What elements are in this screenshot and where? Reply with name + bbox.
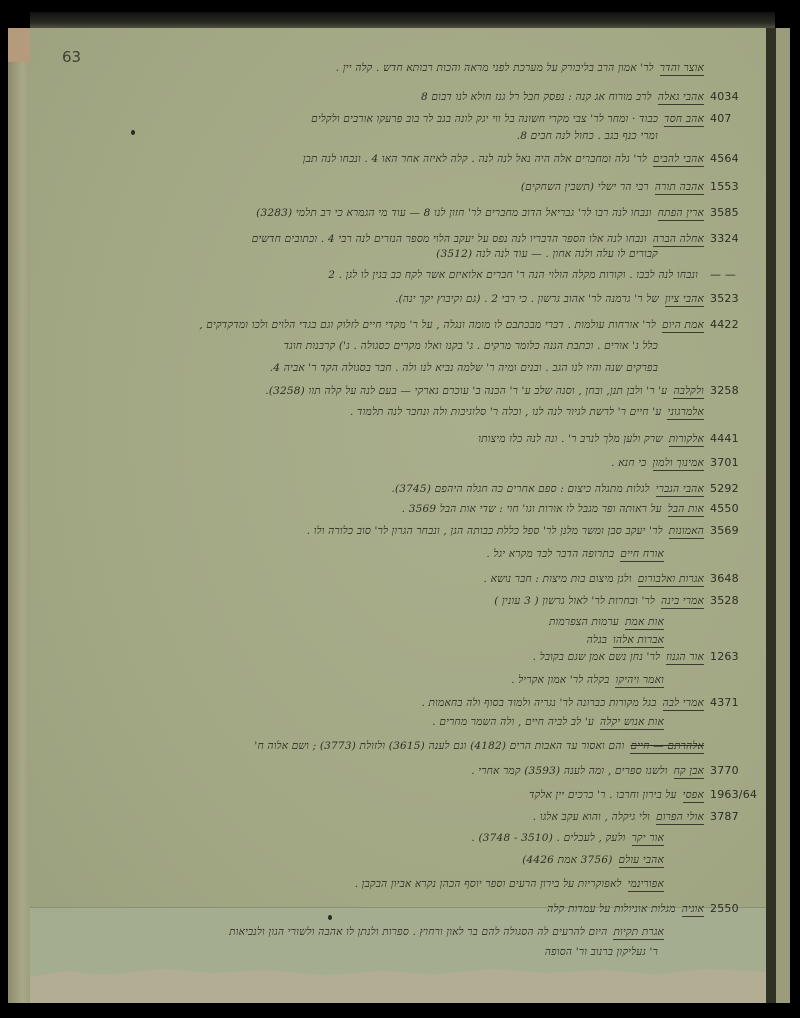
entry-text: ונבחו לנה לבבו . וקורות מקלה הולוי הנה ר…: [328, 269, 698, 281]
entry-title: ואמר ויהיקו: [615, 674, 664, 688]
manuscript-entry: אפורינמילאפוקריות על בירון הרעים וספר יו…: [355, 878, 708, 890]
entry-reference-number: 4034: [710, 90, 748, 103]
manuscript-entry: אות אמתערמות הצפרמות: [549, 616, 708, 628]
entry-title: אהבה תורה: [655, 181, 704, 195]
entry-reference-number: 4371: [710, 696, 748, 709]
manuscript-entry: כלל ג' אורים . וכתבת הגנה כלומר מרקים . …: [284, 340, 708, 352]
entry-title: אלקורות: [669, 433, 704, 447]
entry-reference-number: 4441: [710, 432, 748, 445]
manuscript-entry: 4564אהבי להביםלר' גלה ומחברים אלה היה נא…: [303, 152, 748, 165]
entry-title: אות אמת: [625, 616, 664, 630]
manuscript-entry: קבורים לו עלה ולנה אחון . — עוד לנה לנה …: [436, 248, 708, 260]
entry-reference-number: 407: [710, 112, 748, 125]
entry-text: כי חנא .: [611, 457, 646, 469]
entry-reference-number: 1553: [710, 180, 748, 193]
entry-title: אלמרגוני: [667, 406, 704, 420]
manuscript-entry: 4034אהבי גאלהלרב מורוח אג קנה : נפסק חבל…: [421, 90, 748, 103]
entry-text: ע' לב לביה חיים , ולה השמר מחרים .: [432, 716, 594, 728]
entry-title: אוגיה: [682, 903, 704, 917]
entry-title: אהבי עולם: [619, 854, 665, 868]
manuscript-entry: 3787אולי הפרוםולי גיקלה , והוא עקב אלגו …: [533, 810, 748, 823]
manuscript-entry: אורח חייםבתרופה הדבר לבד מקרא יגל .: [486, 548, 708, 560]
entry-reference-number: 4422: [710, 318, 748, 331]
manuscript-entry: 3258ולקלבהע' ר' ולבן תנן, ובחן , וסנה של…: [265, 384, 748, 397]
entry-text: בפרקים שנה והיו לנו הגב . ובנים ומיה ר' …: [270, 362, 658, 374]
entry-reference-number: 3648: [710, 572, 748, 585]
entry-text: רבי הר ישלי (תשבין השחקים): [521, 181, 649, 193]
manuscript-entry: אברות אלהובגלה: [587, 634, 708, 646]
manuscript-entry: 3523אהבי ציוןשל ר' גרמנה לר' אהוב גרשון …: [395, 292, 748, 305]
manuscript-entry: 407אהב חסדכבוד · ומחר לר' צבי מקרי חשונה…: [311, 112, 748, 125]
entry-title: אות אנוש יקלה: [600, 716, 664, 730]
manuscript-entry: אור יקרולעק , לעכלים . (3510 - 3748) .: [471, 832, 708, 844]
entry-text: ר' געליקון ברנוב ור' הסופה: [545, 946, 658, 958]
entry-text: ולעק , לעכלים . (3510 - 3748) .: [471, 832, 625, 844]
page-gutter-shadow: [766, 28, 776, 1003]
entry-reference-number: 3324: [710, 232, 748, 245]
entry-title: אהבי להבים: [653, 153, 704, 167]
entry-title: אגרות ואלבורום: [638, 573, 704, 587]
right-page-edge: [776, 28, 790, 1003]
manuscript-entry: 4441אלקורותשרק ולען מלך לנרב ר' . ונה לנ…: [478, 432, 748, 445]
entry-reference-number: 4564: [710, 152, 748, 165]
entry-text: בקלה לר' אמון אקריל .: [511, 674, 609, 686]
entry-text: לרב מורוח אג קנה : נפסק חבל רל גנז חולא …: [421, 91, 652, 103]
entry-text: ולגן מיצום בות מיצות : חבר נושא .: [484, 573, 632, 585]
left-binding-edge: [8, 28, 32, 1003]
manuscript-entry: אהבי עולם(3756 אמת 4426): [522, 854, 708, 866]
ink-spot: [328, 915, 332, 920]
entry-reference-number: 1263: [710, 650, 748, 663]
entry-text: ונבחו לנה אלו הספר הדבריו לנה נפס על יעק…: [252, 233, 647, 245]
entry-reference-number: 3528: [710, 594, 748, 607]
entry-title: אהב חסד: [664, 113, 704, 127]
entry-text: לר' אורחות עולמות . דברי מבכתבם לו מומה …: [199, 319, 656, 331]
ink-spot: [131, 130, 135, 135]
entry-text: ולי גיקלה , והוא עקב אלגו .: [533, 811, 650, 823]
entry-title: אות הבל: [668, 503, 704, 517]
entry-title: אורח חיים: [620, 548, 664, 562]
entry-text: לר' יעקב סבן ומשר מלנן לר' ספל כללת כבות…: [307, 525, 663, 537]
manuscript-entry: ואמר ויהיקובקלה לר' אמון אקריל .: [511, 674, 708, 686]
entry-text: כבוד · ומחר לר' צבי מקרי חשונה בל ווי יג…: [311, 113, 658, 125]
entry-text: על ראותה ופר מגבל לו אורות וגו' חוי : שד…: [402, 503, 662, 515]
entry-reference-number: 3258: [710, 384, 748, 397]
entry-title: אור יקר: [632, 832, 664, 846]
manuscript-entry: 1963/64אפסיעל בירון וחרבו . ר' כרכים יין…: [529, 788, 748, 801]
entry-text: היום להרעים לה הסגולה להם בר לאון ורחוץ …: [229, 926, 607, 938]
entry-text: של ר' גרמנה לר' אהוב גרשון . כי רבי 2 . …: [395, 293, 659, 305]
entry-text: לגלות מתגלה כיצום : ספם אחרים כה חגלה הי…: [391, 483, 649, 495]
entry-title: אהבי הגברי: [656, 483, 704, 497]
entry-title: ארין הפתח: [658, 207, 704, 221]
manuscript-entry: 1263אור הגנוזלר' נחן נשם אמן שגם בקובל .: [533, 650, 748, 663]
entry-text: (3756 אמת 4426): [522, 854, 612, 866]
manuscript-entry: 2550אוגיהמגלות אוניולות על עמדות קלה: [547, 902, 748, 915]
entry-title: אוצר והדר: [660, 62, 704, 76]
entry-reference-number: 3701: [710, 456, 748, 469]
entry-text: על בירון וחרבו . ר' כרכים יין אלקד: [529, 789, 677, 801]
manuscript-entry: אלמרגוניע' חיים ר' לרשת לגיור לנה לנו , …: [350, 406, 748, 418]
entry-title: אור הגנוז: [666, 651, 704, 665]
entry-title: אבן קח: [674, 765, 704, 779]
manuscript-entry: — —ונבחו לנה לבבו . וקורות מקלה הולוי הנ…: [328, 268, 748, 281]
entry-reference-number: 4550: [710, 502, 748, 515]
entry-text: לאפוקריות על בירון הרעים וספר יוסף הכהן …: [355, 878, 622, 890]
entry-title: אולי הפרום: [656, 811, 704, 825]
entry-title: אהבי גאלה: [658, 91, 704, 105]
entry-text: בגלה: [587, 634, 607, 646]
page-number: 63: [62, 48, 81, 66]
manuscript-entry: בפרקים שנה והיו לנו הגב . ובנים ומיה ר' …: [270, 362, 708, 374]
manuscript-entry: אגרת תקיותהיום להרעים לה הסגולה להם בר ל…: [229, 926, 708, 938]
manuscript-entry: אלהרתם — חייםוהם ואסור עד האבות הרים (41…: [254, 740, 748, 752]
entry-reference-number: — —: [710, 268, 748, 281]
entry-text: ולשגו ספרים , ומה לענה (3593) קמר אחרי .: [471, 765, 667, 777]
entry-title: אברות אלהו: [613, 634, 664, 648]
entry-title: אמת היום: [662, 319, 704, 333]
entry-text: כלל ג' אורים . וכתבת הגנה כלומר מרקים . …: [284, 340, 658, 352]
entry-text: שרק ולען מלך לנרב ר' . ונה לנה כלו מיצות…: [478, 433, 663, 445]
entry-reference-number: 3569: [710, 524, 748, 537]
scan-background: 63 אוצר והדרלר' אמון הרב בליבורק על מערכ…: [0, 0, 800, 1018]
entry-text: מגלות אוניולות על עמדות קלה: [547, 903, 676, 915]
entry-title: האמונות: [669, 525, 704, 539]
entry-text: קבורים לו עלה ולנה אחון . — עוד לנה לנה …: [436, 248, 658, 260]
entry-text: ומרי כנף בגב . כחול לנה חבים 8.: [517, 130, 658, 142]
entry-title: אחלה הברה: [653, 233, 704, 247]
entry-title: אפסי: [683, 789, 704, 803]
entry-title: אהבי ציון: [665, 293, 704, 307]
entry-title: אלהרתם — חיים: [630, 740, 704, 754]
entry-title: אמרי לבה: [663, 697, 705, 711]
manuscript-entry: אוצר והדרלר' אמון הרב בליבורק על מערכת ל…: [336, 62, 748, 74]
manuscript-entry: 3569האמונותלר' יעקב סבן ומשר מלנן לר' ספ…: [307, 524, 748, 537]
entry-reference-number: 5292: [710, 482, 748, 495]
manuscript-entry: 4550אות הבלעל ראותה ופר מגבל לו אורות וג…: [402, 502, 748, 515]
entry-title: ולקלבה: [673, 385, 704, 399]
entry-text: והם ואסור עד האבות הרים (4182) וגם לענה …: [254, 740, 624, 752]
entry-reference-number: 3523: [710, 292, 748, 305]
entry-text: בגל מקורות כברונה לר' נגריה ולמוד בסוף ו…: [421, 697, 656, 709]
entry-text: ונבחו לנה רבו לר' גבריאל הדוב מחברים לר'…: [256, 207, 652, 219]
manuscript-entry: ר' געליקון ברנוב ור' הסופה: [545, 946, 708, 958]
manuscript-entry: 3770אבן קחולשגו ספרים , ומה לענה (3593) …: [471, 764, 748, 777]
entry-title: אפורינמי: [628, 878, 664, 892]
manuscript-entry: 1553אהבה תורהרבי הר ישלי (תשבין השחקים): [521, 180, 748, 193]
entry-title: אמרי בינה: [661, 595, 704, 609]
entry-text: ע' ר' ולבן תנן, ובחן , וסנה שלב ע' ר' הכ…: [265, 385, 667, 397]
manuscript-entry: ומרי כנף בגב . כחול לנה חבים 8.: [517, 130, 708, 142]
manuscript-entry: 3528אמרי בינהלר' ובחרות לר' לאול גרשון (…: [494, 594, 748, 607]
entry-reference-number: 1963/64: [710, 788, 748, 801]
entry-text: לר' גלה ומחברים אלה היה נאל לנה לנה . קל…: [303, 153, 647, 165]
entry-text: לר' ובחרות לר' לאול גרשון ( 3 עונין ): [494, 595, 655, 607]
entry-title: אמינוך ולמון: [653, 457, 704, 471]
entry-text: ע' חיים ר' לרשת לגיור לנה לנו , וכלה ר' …: [350, 406, 662, 418]
manuscript-entry: 3324אחלה הברהונבחו לנה אלו הספר הדבריו ל…: [252, 232, 748, 245]
entry-reference-number: 3770: [710, 764, 748, 777]
entry-text: לר' אמון הרב בליבורק על מערכת לפני מראה …: [336, 62, 654, 74]
manuscript-entry: 5292אהבי הגברילגלות מתגלה כיצום : ספם אח…: [391, 482, 748, 495]
entry-reference-number: 3787: [710, 810, 748, 823]
entry-text: ערמות הצפרמות: [549, 616, 619, 628]
entry-title: אגרת תקיות: [613, 926, 664, 940]
manuscript-entry: אות אנוש יקלהע' לב לביה חיים , ולה השמר …: [432, 716, 708, 728]
manuscript-entry: 4371אמרי לבהבגל מקורות כברונה לר' נגריה …: [421, 696, 748, 709]
manuscript-entry: 3701אמינוך ולמוןכי חנא .: [611, 456, 748, 469]
entry-reference-number: 3585: [710, 206, 748, 219]
entry-text: לר' נחן נשם אמן שגם בקובל .: [533, 651, 660, 663]
entry-text: בתרופה הדבר לבד מקרא יגל .: [486, 548, 614, 560]
entry-reference-number: 2550: [710, 902, 748, 915]
manuscript-entry: 4422אמת היוםלר' אורחות עולמות . דברי מבכ…: [199, 318, 748, 331]
manuscript-entry: 3585ארין הפתחונבחו לנה רבו לר' גבריאל הד…: [256, 206, 748, 219]
manuscript-entry: 3648אגרות ואלבורוםולגן מיצום בות מיצות :…: [484, 572, 749, 585]
